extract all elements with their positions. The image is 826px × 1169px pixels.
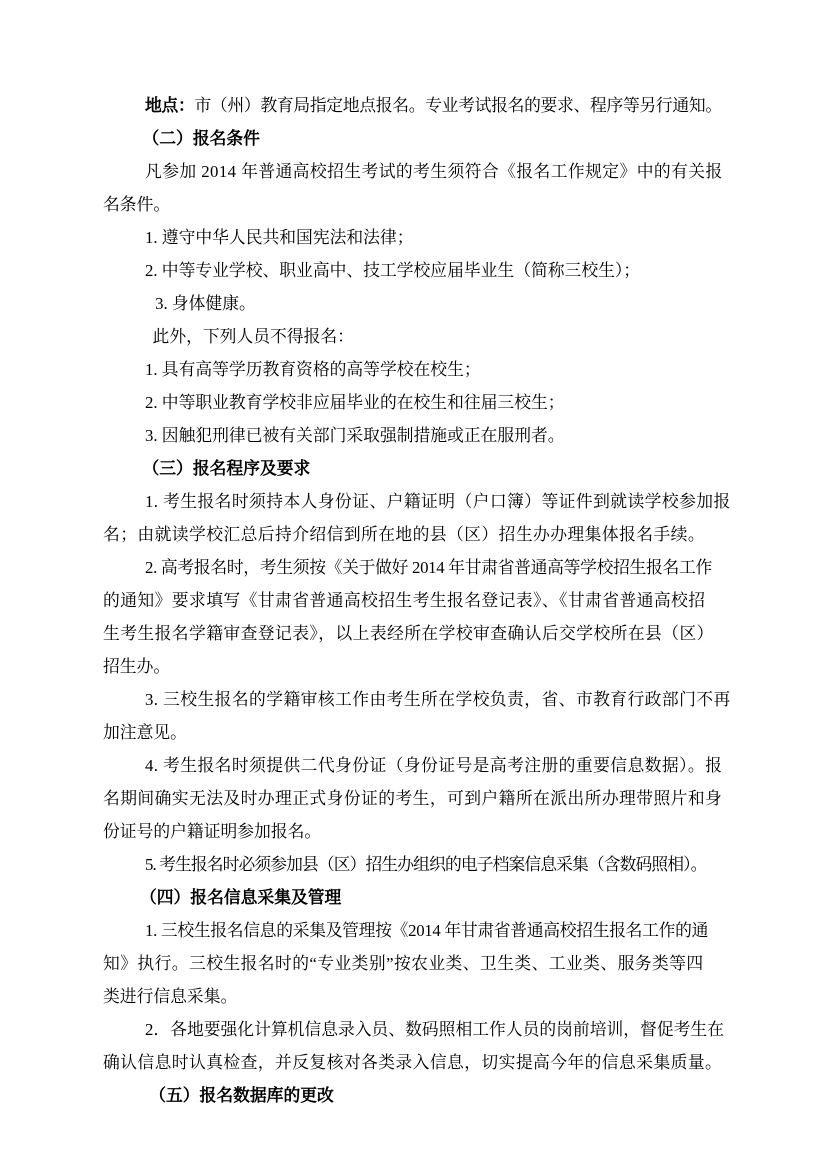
text-run: 市（州）教育局指定地点报名。专业考试报名的要求、程序等另行通知。 xyxy=(194,96,721,115)
text-line: 份证号的户籍证明参加报名。 xyxy=(103,815,723,848)
list-item: 3. 身体健康。 xyxy=(103,287,723,320)
inline-bold-label: 地点： xyxy=(145,96,194,115)
text-line: 的通知》要求填写《甘肃省普通高校招生考生报名登记表》、《甘肃省普通高校招 xyxy=(103,584,723,617)
list-item: 5. 考生报名时必须参加县（区）招生办组织的电子档案信息采集（含数码照相）。 xyxy=(103,848,723,881)
section-heading-2: （二）报名条件 xyxy=(103,122,723,155)
section-heading-3: （三）报名程序及要求 xyxy=(103,452,723,485)
section-heading-5: （五）报名数据库的更改 xyxy=(103,1079,723,1112)
document-page: 地点：市（州）教育局指定地点报名。专业考试报名的要求、程序等另行通知。 （二）报… xyxy=(0,0,826,1169)
text-line: 生考生报名学籍审查登记表》，以上表经所在学校审查确认后交学校所在县（区） xyxy=(103,617,723,650)
text-line: 名；由就读学校汇总后持介绍信到所在地的县（区）招生办办理集体报名手续。 xyxy=(103,518,723,551)
text-line: 类进行信息采集。 xyxy=(103,980,723,1013)
list-item: 2. 中等职业教育学校非应届毕业的在校生和往届三校生； xyxy=(103,386,723,419)
list-item: 2．各地要强化计算机信息录入员、数码照相工作人员的岗前培训，督促考生在 xyxy=(103,1013,723,1046)
text-line: 加注意见。 xyxy=(103,716,723,749)
text-line: 此外，下列人员不得报名： xyxy=(103,320,723,353)
list-item: 1. 三校生报名信息的采集及管理按《2014 年甘肃省普通高校招生报名工作的通 xyxy=(103,914,723,947)
text-line: 名期间确实无法及时办理正式身份证的考生，可到户籍所在派出所办理带照片和身 xyxy=(103,782,723,815)
list-item: 1. 考生报名时须持本人身份证、户籍证明（户口簿）等证件到就读学校参加报 xyxy=(103,485,723,518)
text-line: 凡参加 2014 年普通高校招生考试的考生须符合《报名工作规定》中的有关报 xyxy=(103,155,723,188)
text-line: 名条件。 xyxy=(103,188,723,221)
text-line: 地点：市（州）教育局指定地点报名。专业考试报名的要求、程序等另行通知。 xyxy=(103,89,723,122)
text-line: 招生办。 xyxy=(103,650,723,683)
list-item: 1. 具有高等学历教育资格的高等学校在校生； xyxy=(103,353,723,386)
list-item: 3. 三校生报名的学籍审核工作由考生所在学校负责，省、市教育行政部门不再 xyxy=(103,683,723,716)
list-item: 2. 中等专业学校、职业高中、技工学校应届毕业生（简称三校生）； xyxy=(103,254,723,287)
list-item: 2. 高考报名时，考生须按《关于做好 2014 年甘肃省普通高等学校招生报名工作 xyxy=(103,551,723,584)
list-item: 1. 遵守中华人民共和国宪法和法律； xyxy=(103,221,723,254)
text-line: 确认信息时认真检查，并反复核对各类录入信息，切实提高今年的信息采集质量。 xyxy=(103,1046,723,1079)
section-heading-4: （四）报名信息采集及管理 xyxy=(103,881,723,914)
text-line: 知》执行。三校生报名时的“专业类别”按农业类、卫生类、工业类、服务类等四 xyxy=(103,947,723,980)
list-item: 3. 因触犯刑律已被有关部门采取强制措施或正在服刑者。 xyxy=(103,419,723,452)
list-item: 4. 考生报名时须提供二代身份证（身份证号是高考注册的重要信息数据）。报 xyxy=(103,749,723,782)
